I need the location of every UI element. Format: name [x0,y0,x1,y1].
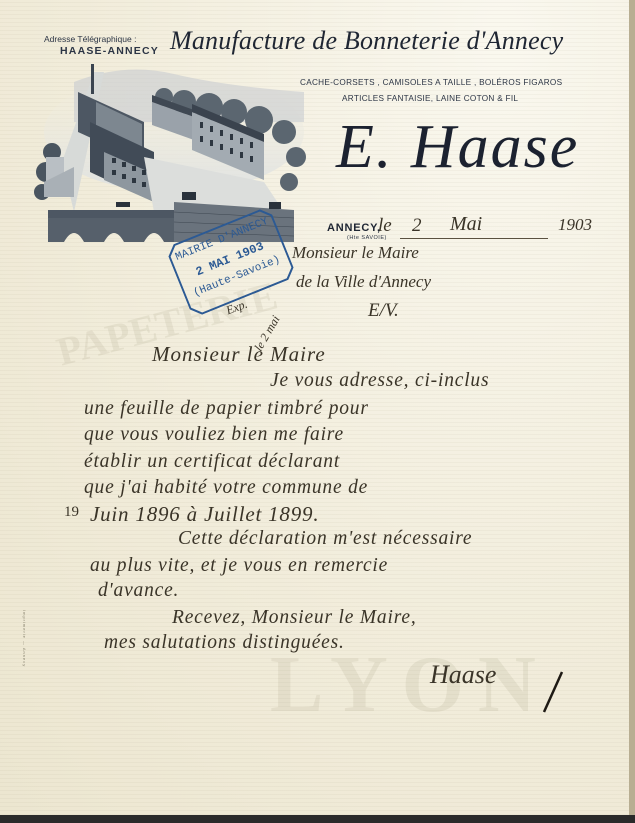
firm-name: E. Haase [336,112,579,183]
salutation: Monsieur le Maire [152,342,326,367]
date-month: Mai [450,213,482,236]
date-rule [400,238,440,239]
signature-flourish [538,670,568,715]
letter-line: que j'ai habité votre commune de [84,477,368,499]
letter-line: mes salutations distinguées. [104,632,345,654]
side-imprint: Imprimerie — Annecy [22,610,27,667]
letter-line: établir un certificat déclarant [84,451,340,473]
telegraphic-address: HAASE-ANNECY [60,45,159,57]
letter-line: Recevez, Monsieur le Maire, [172,607,417,629]
signature: Haase [430,660,496,690]
products-line-1: CACHE-CORSETS , CAMISOLES A TAILLE , BOL… [300,78,562,87]
place-name: ANNECY, [327,222,381,234]
margin-number: 19 [64,504,79,521]
date-day: 2 [412,215,422,237]
date-rule [438,238,548,239]
letter-line: Juin 1896 à Juillet 1899. [90,502,319,527]
recipient-line-1: Monsieur le Maire [292,243,419,263]
paper-edge [629,0,635,823]
letter-line: au plus vite, et je vous en remercie [90,555,388,577]
date-year: 1903 [558,215,592,235]
company-title: Manufacture de Bonneterie d'Annecy [170,26,563,56]
letter-line: une feuille de papier timbré pour [84,398,369,420]
date-prefix: le [378,215,392,237]
telegraphic-label: Adresse Télégraphique : [44,34,136,44]
letter-line: que vous vouliez bien me faire [84,424,344,446]
letter-line: Cette déclaration m'est nécessaire [178,528,472,550]
products-line-2: ARTICLES FANTAISIE, LAINE COTON & FIL [342,94,518,103]
recipient-line-2: de la Ville d'Annecy [296,272,431,292]
letter-line: d'avance. [98,580,179,602]
scan-border [0,815,635,823]
letter-line: Je vous adresse, ci-inclus [270,370,489,392]
recipient-line-3: E/V. [368,300,399,322]
